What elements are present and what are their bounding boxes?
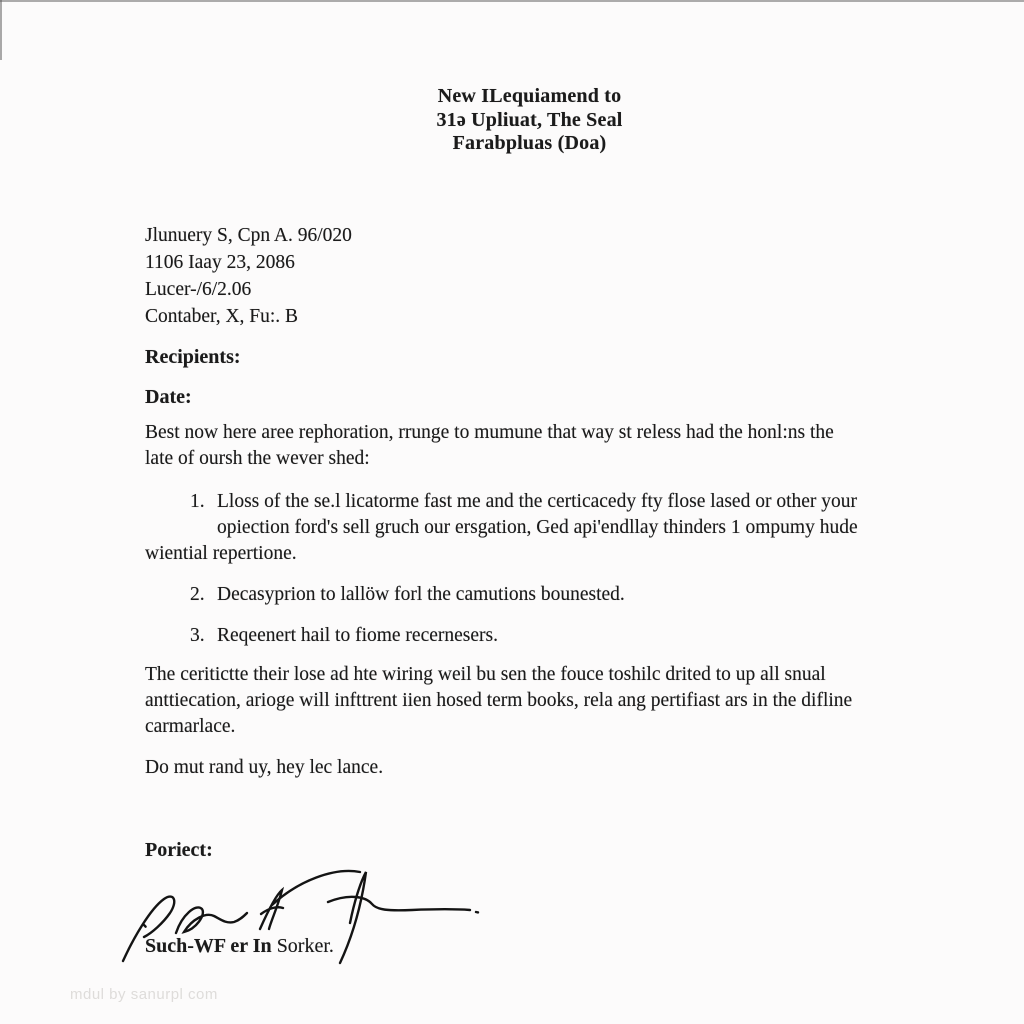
signature-area [145,867,874,937]
list-item-1-text: Lloss of the se.l licatorme fast me and … [217,489,874,541]
body-line-3: carmarlace. [145,714,874,740]
recipients-label: Recipients: [145,346,874,369]
letter-content: New ILequiamend to 31ə Upliuat, The Seal… [0,0,1024,959]
list-item-3-text: Reqeenert hail to fiome recernesers. [217,623,874,649]
letter-title: New ILequiamend to 31ə Upliuat, The Seal… [185,85,874,156]
list-item-1-hang: wiential repertione. [145,541,874,567]
intro-line-2: late of oursh the wever shed: [145,446,874,472]
body-line-2: anttiecation, arioge will infttrent iien… [145,688,874,714]
body-paragraph: The ceritictte their lose ad hte wiring … [145,662,874,740]
list-item-2: 2. Decasyprion to lallöw forl the camuti… [145,582,874,608]
date-label: Date: [145,386,874,409]
list-item-3-number: 3. [190,623,217,649]
signer-name-bold: Such-WF er In [145,935,272,957]
signer-name: Such-WF er In Sorker. [145,933,874,959]
signer-name-rest: Sorker. [277,935,334,957]
address-line-3: Lucer-/6/2.06 [145,276,874,303]
address-line-1: Jlunuery S, Cpn A. 96/020 [145,222,874,249]
title-line-1: New ILequiamend to [185,85,874,109]
list-item-1-number: 1. [190,489,217,541]
list-item-1-line-2: opiection ford's sell gruch our ersgatio… [217,515,874,541]
address-block: Jlunuery S, Cpn A. 96/020 1106 Iaay 23, … [145,222,874,330]
body-line-1: The ceritictte their lose ad hte wiring … [145,662,874,688]
watermark-text: mdul by sanurpl com [70,986,218,1003]
list-item-2-text: Decasyprion to lallöw forl the camutions… [217,582,874,608]
list-item-2-number: 2. [190,582,217,608]
list-item-1-line-1: Lloss of the se.l licatorme fast me and … [217,489,874,515]
intro-paragraph: Best now here aree rephoration, rrunge t… [145,420,874,472]
address-line-4: Contaber, X, Fu:. B [145,303,874,330]
title-line-2: 31ə Upliuat, The Seal [185,109,874,133]
intro-line-1: Best now here aree rephoration, rrunge t… [145,420,874,446]
closing-line: Do mut rand uy, hey lec lance. [145,755,874,781]
address-line-2: 1106 Iaay 23, 2086 [145,249,874,276]
title-line-3: Farabpluas (Doa) [185,132,874,156]
letter-page: New ILequiamend to 31ə Upliuat, The Seal… [0,0,1024,1024]
list-item-3: 3. Reqeenert hail to fiome recernesers. [145,623,874,649]
list-item-1: 1. Lloss of the se.l licatorme fast me a… [145,489,874,541]
